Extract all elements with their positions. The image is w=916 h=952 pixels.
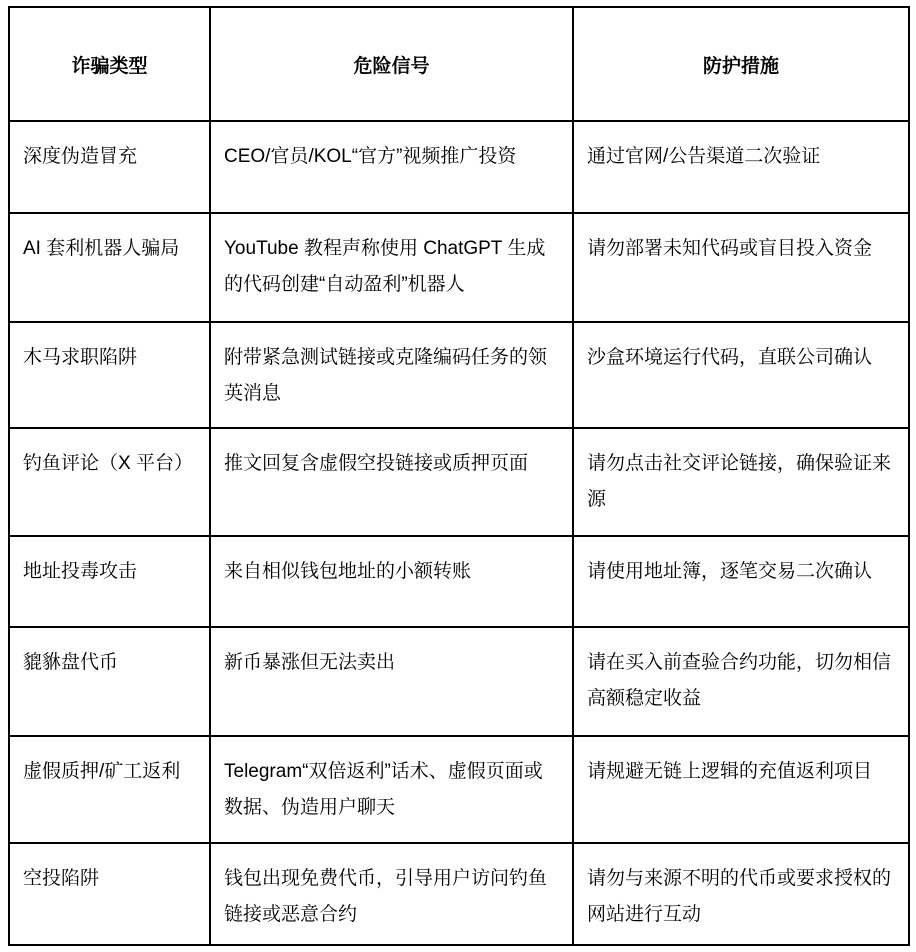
protection-cell: 请在买入前查验合约功能，切勿相信高额稳定收益 <box>573 627 909 736</box>
danger-signal-cell: 附带紧急测试链接或克隆编码任务的领英消息 <box>210 322 573 428</box>
table-row-ai-arbitrage-bot: AI 套利机器人骗局 YouTube 教程声称使用 ChatGPT 生成的代码创… <box>9 213 909 322</box>
fraud-type-cell: 空投陷阱 <box>9 843 210 945</box>
col-header-protection: 防护措施 <box>573 7 909 121</box>
fraud-type-cell: 钓鱼评论（X 平台） <box>9 428 210 536</box>
table-row-trojan-job-trap: 木马求职陷阱 附带紧急测试链接或克隆编码任务的领英消息 沙盒环境运行代码，直联公… <box>9 322 909 428</box>
scam-types-table: 诈骗类型 危险信号 防护措施 深度伪造冒充 CEO/官员/KOL“官方”视频推广… <box>8 6 910 946</box>
danger-signal-cell: 新币暴涨但无法卖出 <box>210 627 573 736</box>
fraud-type-cell: AI 套利机器人骗局 <box>9 213 210 322</box>
page: 诈骗类型 危险信号 防护措施 深度伪造冒充 CEO/官员/KOL“官方”视频推广… <box>0 0 916 952</box>
header-row: 诈骗类型 危险信号 防护措施 <box>9 7 909 121</box>
protection-cell: 通过官网/公告渠道二次验证 <box>573 121 909 213</box>
danger-signal-cell: 钱包出现免费代币，引导用户访问钓鱼链接或恶意合约 <box>210 843 573 945</box>
danger-signal-cell: 推文回复含虚假空投链接或质押页面 <box>210 428 573 536</box>
protection-cell: 请勿与来源不明的代币或要求授权的网站进行互动 <box>573 843 909 945</box>
col-header-fraud-type: 诈骗类型 <box>9 7 210 121</box>
protection-cell: 请勿部署未知代码或盲目投入资金 <box>573 213 909 322</box>
table-row-address-poisoning: 地址投毒攻击 来自相似钱包地址的小额转账 请使用地址簿，逐笔交易二次确认 <box>9 536 909 627</box>
fraud-type-cell: 虚假质押/矿工返利 <box>9 736 210 843</box>
fraud-type-cell: 貔貅盘代币 <box>9 627 210 736</box>
danger-signal-cell: YouTube 教程声称使用 ChatGPT 生成的代码创建“自动盈利”机器人 <box>210 213 573 322</box>
table-row-fake-staking-rebate: 虚假质押/矿工返利 Telegram“双倍返利”话术、虚假页面或数据、伪造用户聊… <box>9 736 909 843</box>
danger-signal-cell: Telegram“双倍返利”话术、虚假页面或数据、伪造用户聊天 <box>210 736 573 843</box>
table-row-deepfake: 深度伪造冒充 CEO/官员/KOL“官方”视频推广投资 通过官网/公告渠道二次验… <box>9 121 909 213</box>
danger-signal-cell: CEO/官员/KOL“官方”视频推广投资 <box>210 121 573 213</box>
protection-cell: 请规避无链上逻辑的充值返利项目 <box>573 736 909 843</box>
table-row-airdrop-trap: 空投陷阱 钱包出现免费代币，引导用户访问钓鱼链接或恶意合约 请勿与来源不明的代币… <box>9 843 909 945</box>
fraud-type-cell: 木马求职陷阱 <box>9 322 210 428</box>
table-row-phishing-comments: 钓鱼评论（X 平台） 推文回复含虚假空投链接或质押页面 请勿点击社交评论链接，确… <box>9 428 909 536</box>
table-row-honeypot-token: 貔貅盘代币 新币暴涨但无法卖出 请在买入前查验合约功能，切勿相信高额稳定收益 <box>9 627 909 736</box>
protection-cell: 请使用地址簿，逐笔交易二次确认 <box>573 536 909 627</box>
fraud-type-cell: 地址投毒攻击 <box>9 536 210 627</box>
fraud-type-cell: 深度伪造冒充 <box>9 121 210 213</box>
protection-cell: 沙盒环境运行代码，直联公司确认 <box>573 322 909 428</box>
protection-cell: 请勿点击社交评论链接，确保验证来源 <box>573 428 909 536</box>
col-header-danger-signal: 危险信号 <box>210 7 573 121</box>
danger-signal-cell: 来自相似钱包地址的小额转账 <box>210 536 573 627</box>
